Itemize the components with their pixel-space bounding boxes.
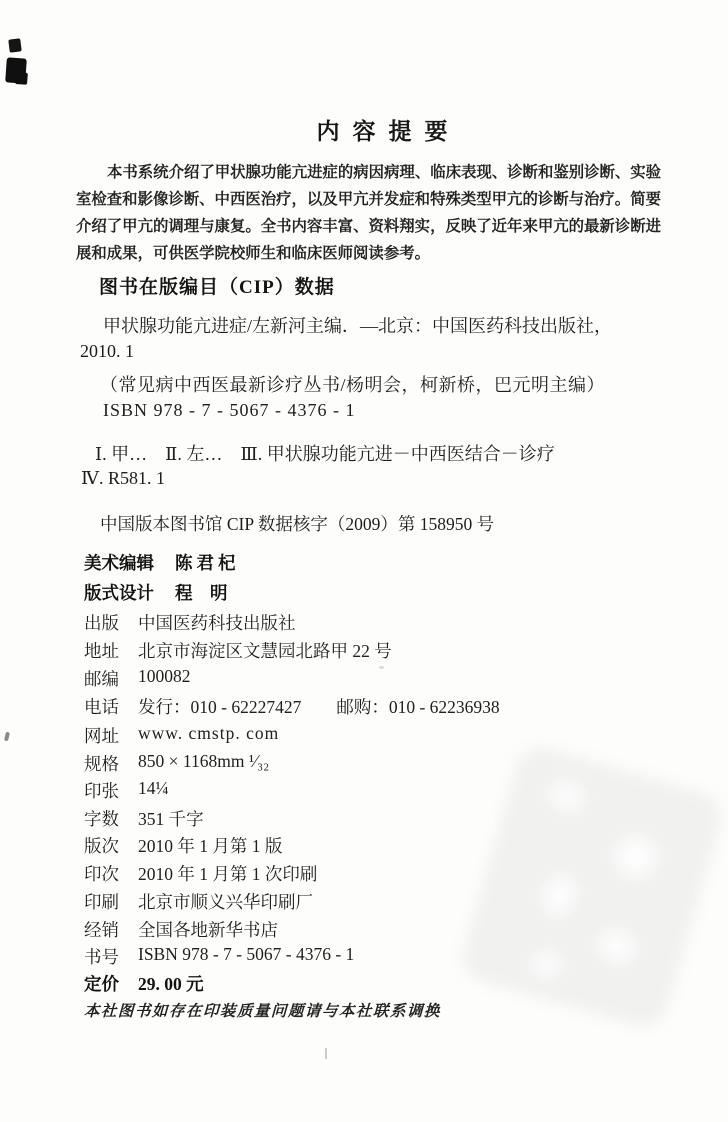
colophon-label: 印次: [84, 861, 138, 886]
colophon-row-format: 规格 850 × 1168mm ¹⁄₃₂: [84, 751, 269, 776]
colophon-row-isbn: 书号 ISBN 978 - 7 - 5067 - 4376 - 1: [84, 944, 354, 969]
colophon-row-layout-design: 版式设计 程 明: [84, 580, 228, 605]
colophon-label: 规格: [84, 751, 138, 776]
colophon-label: 电话: [84, 694, 138, 719]
cip-isbn-line: ISBN 978 - 7 - 5067 - 4376 - 1: [103, 400, 356, 421]
colophon-row-sheets: 印张 14¼: [84, 778, 169, 803]
colophon-label: 网址: [84, 723, 138, 748]
colophon-row-postcode: 邮编 100082: [84, 666, 191, 691]
summary-paragraph-line: 室检查和影像诊断、中西医治疗，以及甲亢并发症和特殊类型甲亢的诊断与治疗。简要: [76, 187, 661, 209]
colophon-value: 程 明: [175, 580, 228, 605]
colophon-label: 邮编: [84, 666, 138, 691]
content-summary-title: 内容提要: [96, 113, 681, 146]
colophon-value: 100082: [138, 666, 191, 691]
colophon-value: 29. 00 元: [138, 971, 204, 996]
colophon-value: 中国医药科技出版社: [138, 610, 296, 635]
colophon-value: 351 千字: [138, 806, 204, 831]
colophon-row-publisher: 出版 中国医药科技出版社: [84, 610, 296, 635]
colophon-label: 地址: [84, 638, 138, 663]
colophon-value: 发行：010 - 62227427 邮购：010 - 62236938: [138, 694, 500, 719]
colophon-label: 经销: [84, 917, 138, 942]
colophon-label: 印刷: [84, 889, 138, 914]
colophon-label: 定价: [84, 971, 138, 996]
colophon-label: 版次: [84, 833, 138, 858]
cip-classification-line: Ⅳ. R581. 1: [81, 468, 165, 489]
colophon-row-printing: 印次 2010 年 1 月第 1 次印刷: [84, 861, 317, 886]
scan-speck: [325, 1048, 327, 1059]
summary-paragraph-line: 展和成果，可供医学院校师生和临床医师阅读参考。: [76, 241, 661, 263]
scan-speck: [4, 732, 10, 742]
summary-paragraph-line: 本书系统介绍了甲状腺功能亢进症的病因病理、临床表现、诊断和鉴别诊断、实验: [76, 160, 661, 182]
colophon-label: 字数: [84, 806, 138, 831]
colophon-label: 印张: [84, 778, 138, 803]
watermark-spot: [611, 832, 660, 881]
summary-paragraph-line: 介绍了甲亢的调理与康复。全书内容丰富、资料翔实，反映了近年来甲亢的最新诊断进: [76, 214, 661, 236]
colophon-row-wordcount: 字数 351 千字: [84, 806, 204, 831]
scanned-copyright-page: 内容提要 本书系统介绍了甲状腺功能亢进症的病因病理、临床表现、诊断和鉴别诊断、实…: [0, 0, 728, 1122]
colophon-row-edition: 版次 2010 年 1 月第 1 版: [84, 833, 282, 858]
colophon-value: 全国各地新华书店: [138, 917, 278, 942]
colophon-row-printer: 印刷 北京市顺义兴华印刷厂: [84, 889, 313, 914]
watermark-spot: [540, 872, 580, 919]
colophon-label: 书号: [84, 944, 138, 969]
colophon-value: 陈君杞: [175, 550, 240, 575]
colophon-value: 2010 年 1 月第 1 次印刷: [138, 861, 317, 886]
cip-series-line: （常见病中西医最新诊疗丛书/杨明会，柯新桥，巴元明主编）: [100, 371, 605, 397]
bleed-through-watermark: [457, 741, 727, 1032]
scan-artifact-mark: [5, 57, 27, 83]
watermark-spot: [547, 779, 587, 813]
colophon-value: www. cmstp. com: [138, 723, 279, 748]
colophon-row-price: 定价 29. 00 元: [84, 971, 204, 996]
colophon-row-art-editor: 美术编辑 陈君杞: [84, 550, 240, 575]
colophon-row-distributor: 经销 全国各地新华书店: [84, 917, 278, 942]
watermark-spot: [530, 949, 564, 980]
scan-speck: [379, 666, 384, 669]
cip-year-line: 2010. 1: [80, 341, 134, 362]
colophon-value: 北京市海淀区文慧园北路甲 22 号: [138, 638, 392, 663]
colophon-label: 版式设计: [84, 580, 175, 605]
colophon-value: 850 × 1168mm ¹⁄₃₂: [138, 751, 269, 776]
colophon-value: ISBN 978 - 7 - 5067 - 4376 - 1: [138, 944, 354, 969]
colophon-value: 14¼: [138, 778, 169, 803]
colophon-row-website: 网址 www. cmstp. com: [84, 723, 279, 748]
cip-title-line: 甲状腺功能亢进症/左新河主编．—北京：中国医药科技出版社，: [103, 312, 612, 338]
scan-artifact-mark: [8, 38, 21, 52]
colophon-row-address: 地址 北京市海淀区文慧园北路甲 22 号: [84, 638, 392, 663]
colophon-value: 2010 年 1 月第 1 版: [138, 833, 282, 858]
cip-heading: 图书在版编目（CIP）数据: [99, 272, 335, 299]
colophon-value: 北京市顺义兴华印刷厂: [138, 889, 313, 914]
cip-classification-line: Ⅰ. 甲… Ⅱ. 左… Ⅲ. 甲状腺功能亢进－中西医结合－诊疗: [95, 440, 555, 466]
colophon-label: 美术编辑: [84, 550, 175, 575]
watermark-spot: [595, 927, 638, 966]
colophon-row-telephone: 电话 发行：010 - 62227427 邮购：010 - 62236938: [84, 694, 500, 719]
cip-record-number: 中国版本图书馆 CIP 数据核字（2009）第 158950 号: [100, 511, 494, 536]
colophon-label: 出版: [84, 610, 138, 635]
quality-exchange-notice: 本社图书如存在印装质量问题请与本社联系调换: [84, 999, 442, 1021]
